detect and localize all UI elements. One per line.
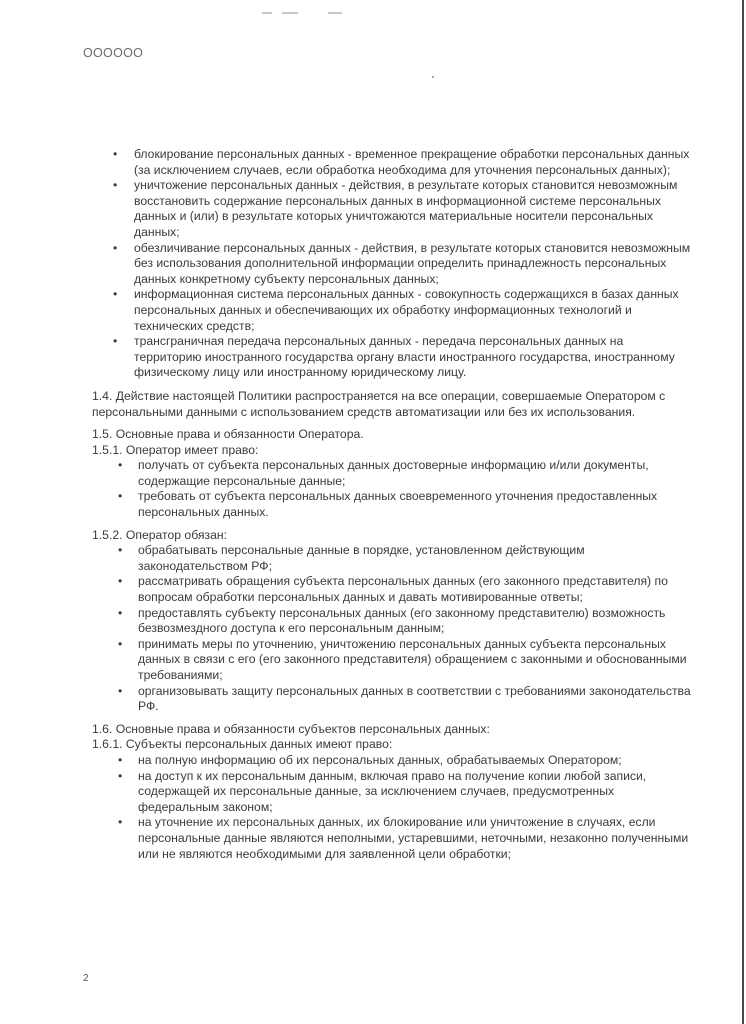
definition-item: уничтожение персональных данных - действ… xyxy=(92,178,692,240)
section-1-6-1-title: 1.6.1. Субъекты персональных данных имею… xyxy=(92,737,692,753)
operator-rights-list: получать от субъекта персональных данных… xyxy=(92,458,692,520)
operator-right-item: получать от субъекта персональных данных… xyxy=(92,458,692,489)
scan-artifact xyxy=(328,12,342,14)
definition-item: блокирование персональных данных - време… xyxy=(92,147,692,178)
section-1-5-title: 1.5. Основные права и обязанности Операт… xyxy=(92,427,692,443)
section-1-4-paragraph: 1.4. Действие настоящей Политики распрос… xyxy=(92,389,692,420)
operator-duty-item: принимать меры по уточнению, уничтожению… xyxy=(92,637,692,684)
definition-item: информационная система персональных данн… xyxy=(92,287,692,334)
subject-right-item: на уточнение их персональных данных, их … xyxy=(92,815,692,862)
operator-right-item: требовать от субъекта персональных данны… xyxy=(92,489,692,520)
definition-item: трансграничная передача персональных дан… xyxy=(92,334,692,381)
scan-edge-line xyxy=(742,0,744,1024)
section-1-5-2-title: 1.5.2. Оператор обязан: xyxy=(92,528,692,544)
section-1-5-1-title: 1.5.1. Оператор имеет право: xyxy=(92,443,692,459)
operator-duty-item: организовывать защиту персональных данны… xyxy=(92,684,692,715)
scan-speck xyxy=(432,76,434,78)
scan-artifact xyxy=(282,12,298,14)
section-1-6-title: 1.6. Основные права и обязанности субъек… xyxy=(92,722,692,738)
scan-artifact xyxy=(262,12,272,14)
document-body: блокирование персональных данных - време… xyxy=(92,147,692,862)
operator-duty-item: предоставлять субъекту персональных данн… xyxy=(92,606,692,637)
subject-right-item: на доступ к их персональным данным, вклю… xyxy=(92,769,692,816)
operator-duties-list: обрабатывать персональные данные в поряд… xyxy=(92,543,692,715)
subject-right-item: на полную информацию об их персональных … xyxy=(92,753,692,769)
document-header-code: OOOOOO xyxy=(83,46,143,60)
definition-item: обезличивание персональных данных - дейс… xyxy=(92,241,692,288)
operator-duty-item: обрабатывать персональные данные в поряд… xyxy=(92,543,692,574)
definitions-list: блокирование персональных данных - време… xyxy=(92,147,692,381)
operator-duty-item: рассматривать обращения субъекта персона… xyxy=(92,574,692,605)
subject-rights-list: на полную информацию об их персональных … xyxy=(92,753,692,862)
page-number: 2 xyxy=(83,973,89,984)
